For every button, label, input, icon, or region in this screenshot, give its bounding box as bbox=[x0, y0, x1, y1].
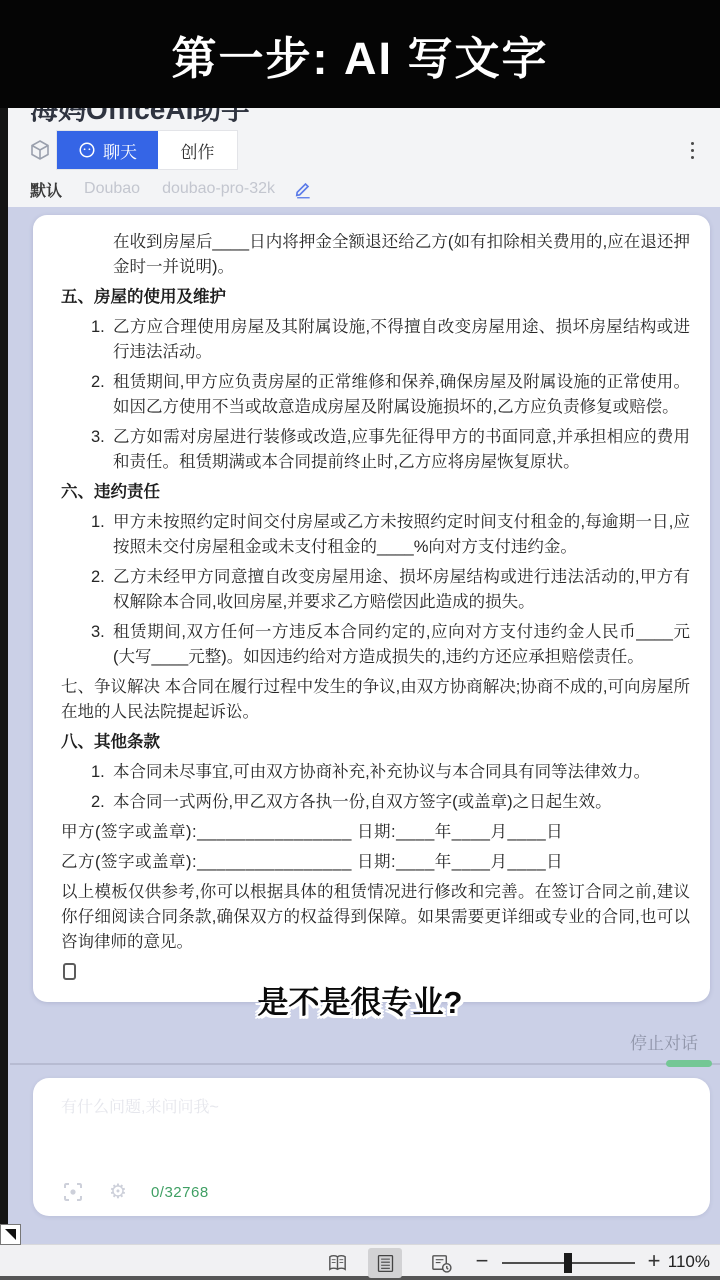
composer-placeholder: 有什么问题,来问问我~ bbox=[61, 1094, 219, 1117]
tab-chat-label: 聊天 bbox=[103, 138, 137, 163]
zoom-slider-track[interactable] bbox=[502, 1262, 635, 1264]
assistant-message-card: 在收到房屋后____日内将押金全额退还给乙方(如有扣除相关费用的,应在退还押金时… bbox=[33, 215, 710, 1002]
contract-block-item: 1.甲方未按照约定时间交付房屋或乙方未按照约定时间支付租金的,每逾期一日,应按照… bbox=[61, 510, 690, 560]
zoom-level-label: 110% bbox=[668, 1252, 710, 1272]
app-header: 海妈OfficeAI助手 聊天 创作 默认 Doubao dou bbox=[0, 108, 720, 207]
zoom-slider-thumb[interactable] bbox=[564, 1253, 572, 1273]
tabs-group: 聊天 创作 bbox=[56, 130, 238, 170]
view-outline-mode-button[interactable] bbox=[424, 1248, 458, 1278]
plugin-cube-icon[interactable] bbox=[28, 138, 52, 162]
composer-tools: ⚙ 0/32768 bbox=[61, 1180, 209, 1204]
chat-area: 在收到房屋后____日内将押金全额退还给乙方(如有扣除相关费用的,应在退还押金时… bbox=[0, 207, 720, 1244]
stop-row: 停止对话 bbox=[0, 1029, 720, 1059]
view-read-mode-button[interactable] bbox=[320, 1248, 354, 1278]
progress-green-bar bbox=[666, 1060, 712, 1067]
contract-block-continuation: 在收到房屋后____日内将押金全额退还给乙方(如有扣除相关费用的,应在退还押金时… bbox=[61, 230, 690, 280]
page-icon bbox=[375, 1253, 396, 1274]
contract-block-item: 2.乙方未经甲方同意擅自改变房屋用途、损坏房屋结构或进行违法活动的,甲方有权解除… bbox=[61, 565, 690, 615]
contract-block-item: 2.租赁期间,甲方应负责房屋的正常维修和保养,确保房屋及附属设施的正常使用。如因… bbox=[61, 370, 690, 420]
tab-create[interactable]: 创作 bbox=[158, 131, 237, 169]
zoom-in-button[interactable]: + bbox=[642, 1248, 666, 1274]
chat-smiley-icon bbox=[78, 141, 96, 159]
stop-conversation-button[interactable]: 停止对话 bbox=[630, 1029, 698, 1054]
contract-block-item: 3.租赁期间,双方任何一方违反本合同约定的,应向对方支付违约金人民币____元(… bbox=[61, 620, 690, 670]
contract-block-paragraph: 七、争议解决 本合同在履行过程中发生的争议,由双方协商解决;协商不成的,可向房屋… bbox=[61, 675, 690, 725]
tab-bar: 聊天 创作 bbox=[0, 130, 720, 170]
contract-block-heading: 八、其他条款 bbox=[61, 730, 690, 755]
settings-gear-icon[interactable]: ⚙ bbox=[109, 1182, 127, 1202]
contract-block-signature: 乙方(签字或盖章):________________ 日期:____年____月… bbox=[61, 850, 690, 875]
model-bar: 默认 Doubao doubao-pro-32k bbox=[0, 174, 720, 204]
zoom-out-button[interactable]: − bbox=[470, 1248, 494, 1274]
contract-block-heading: 六、违约责任 bbox=[61, 480, 690, 505]
overlay-banner: 第一步: AI 写文字 bbox=[0, 0, 720, 108]
book-icon bbox=[326, 1252, 349, 1275]
model-name-label[interactable]: doubao-pro-32k bbox=[162, 180, 275, 198]
model-provider-label[interactable]: Doubao bbox=[84, 180, 140, 198]
overlay-banner-title: 第一步: AI 写文字 bbox=[172, 22, 549, 87]
scroll-corner-button[interactable] bbox=[0, 1224, 21, 1245]
contract-block-paragraph: 以上模板仅供参考,你可以根据具体的租赁情况进行修改和完善。在签订合同之前,建议你… bbox=[61, 880, 690, 955]
tab-chat[interactable]: 聊天 bbox=[57, 131, 158, 169]
contract-body: 在收到房屋后____日内将押金全额退还给乙方(如有扣除相关费用的,应在退还押金时… bbox=[61, 230, 690, 955]
tab-create-label: 创作 bbox=[181, 138, 215, 163]
window-left-edge bbox=[0, 108, 8, 1244]
contract-block-heading: 五、房屋的使用及维护 bbox=[61, 285, 690, 310]
page-clock-icon bbox=[430, 1252, 453, 1275]
contract-block-signature: 甲方(签字或盖章):________________ 日期:____年____月… bbox=[61, 820, 690, 845]
token-counter: 0/32768 bbox=[151, 1184, 209, 1201]
model-preset-label[interactable]: 默认 bbox=[30, 178, 62, 201]
view-page-mode-button[interactable] bbox=[368, 1248, 402, 1278]
composer-box[interactable]: 有什么问题,来问问我~ ⚙ 0/32768 bbox=[33, 1078, 710, 1216]
video-caption: 是不是很专业? bbox=[0, 977, 720, 1022]
contract-block-item: 3.乙方如需对房屋进行装修或改造,应事先征得甲方的书面同意,并承担相应的费用和责… bbox=[61, 425, 690, 475]
contract-block-item: 1.本合同未尽事宜,可由双方协商补充,补充协议与本合同具有同等法律效力。 bbox=[61, 760, 690, 785]
contract-block-item: 1.乙方应合理使用房屋及其附属设施,不得擅自改变房屋用途、损坏房屋结构或进行违法… bbox=[61, 315, 690, 365]
screenshot-scan-icon[interactable] bbox=[61, 1180, 85, 1204]
status-bar: − + 110% bbox=[0, 1244, 720, 1280]
contract-block-item: 2.本合同一式两份,甲乙双方各执一份,自双方签字(或盖章)之日起生效。 bbox=[61, 790, 690, 815]
composer-divider bbox=[10, 1063, 720, 1065]
kebab-menu-icon[interactable] bbox=[682, 136, 702, 164]
edit-model-pencil-icon[interactable] bbox=[293, 179, 313, 199]
